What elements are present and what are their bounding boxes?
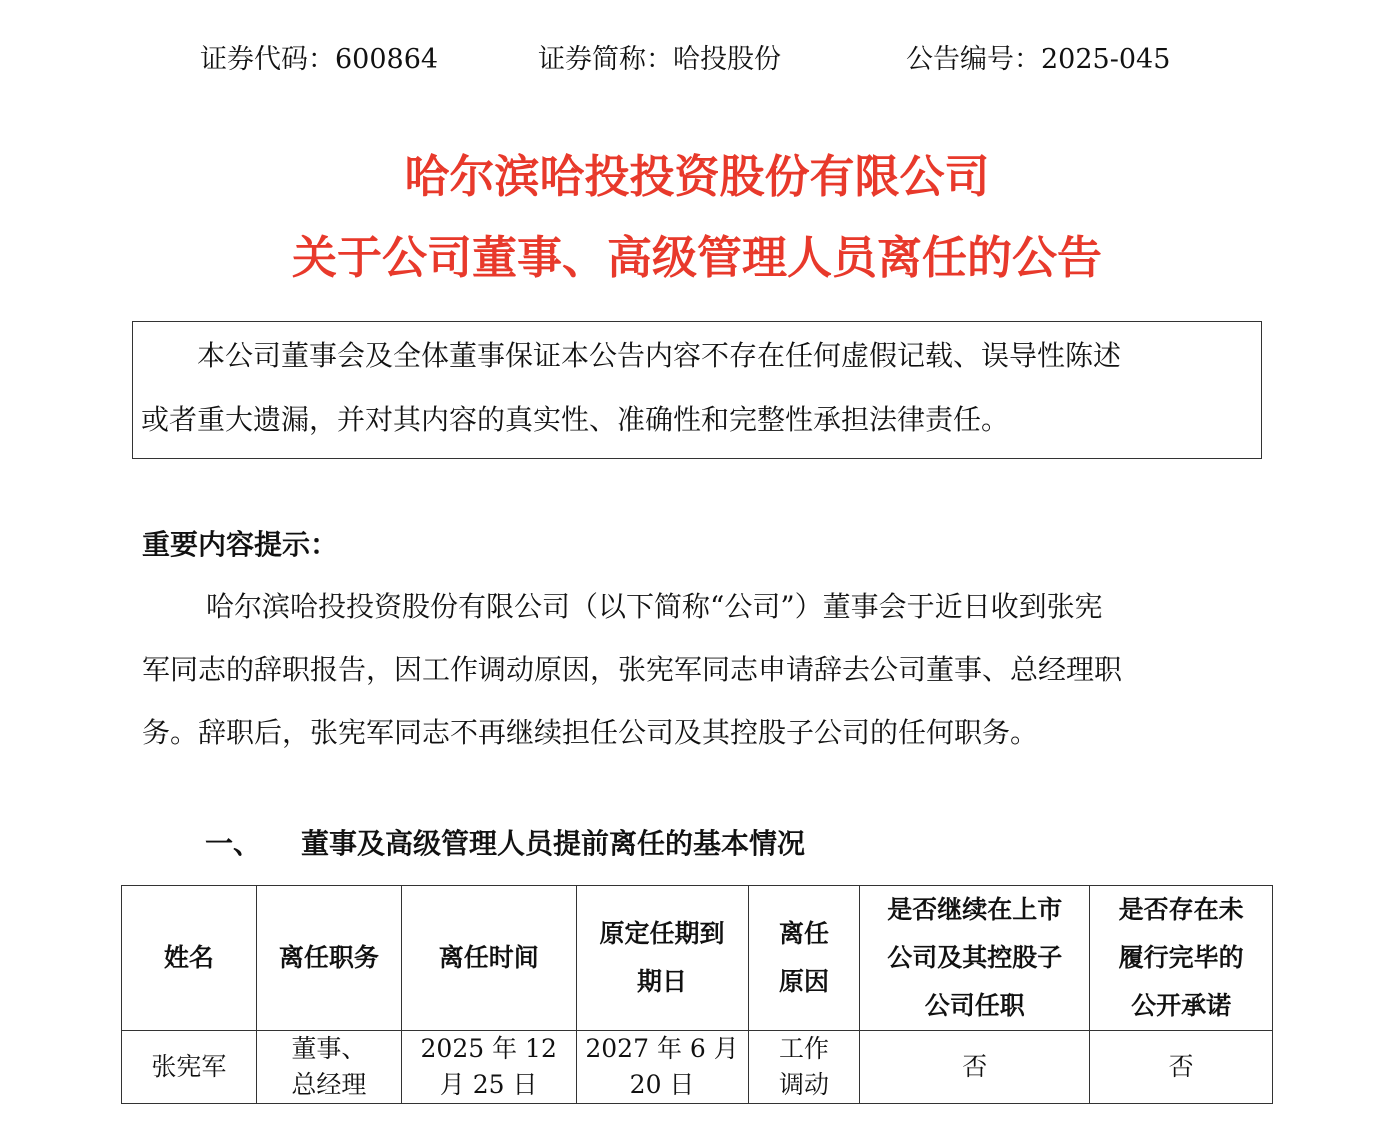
cell-text: 否 xyxy=(864,1049,1085,1085)
header-commitment: 是否存在未 履行完毕的 公开承诺 xyxy=(1090,886,1273,1031)
guarantee-line-1: 本公司董事会及全体董事保证本公告内容不存在任何虚假记载、误导性陈述 xyxy=(141,324,1261,388)
header-text: 公开承诺 xyxy=(1094,982,1268,1030)
cell-text: 否 xyxy=(1094,1049,1268,1085)
cell-leave-date: 2025 年 12 月 25 日 xyxy=(401,1031,576,1104)
highlights-heading: 重要内容提示： xyxy=(142,513,1262,577)
board-guarantee-box: 本公司董事会及全体董事保证本公告内容不存在任何虚假记载、误导性陈述 或者重大遗漏… xyxy=(132,321,1262,459)
cell-text: 张宪军 xyxy=(126,1049,252,1085)
header-text: 是否继续在上市 xyxy=(864,886,1085,934)
header-text: 离任时间 xyxy=(406,934,572,982)
header-text: 公司任职 xyxy=(864,982,1085,1030)
cell-reason: 工作 调动 xyxy=(748,1031,860,1104)
header-leave-date: 离任时间 xyxy=(401,886,576,1031)
cell-text: 总经理 xyxy=(261,1067,397,1103)
cell-text: 2025 年 12 xyxy=(406,1031,572,1067)
header-text: 原定任期到 xyxy=(581,910,744,958)
section-number: 一、 xyxy=(205,822,301,862)
header-reason: 离任 原因 xyxy=(748,886,860,1031)
cell-position: 董事、 总经理 xyxy=(256,1031,401,1104)
header-term-end: 原定任期到 期日 xyxy=(576,886,748,1031)
announcement-title: 关于公司董事、高级管理人员离任的公告 xyxy=(0,221,1380,286)
cell-name: 张宪军 xyxy=(122,1031,257,1104)
header-continue-role: 是否继续在上市 公司及其控股子 公司任职 xyxy=(860,886,1090,1031)
header-text: 期日 xyxy=(581,958,744,1006)
header-name: 姓名 xyxy=(122,886,257,1031)
cell-term-end: 2027 年 6 月 20 日 xyxy=(576,1031,748,1104)
highlights-line-2: 军同志的辞职报告，因工作调动原因，张宪军同志申请辞去公司董事、总经理职 xyxy=(142,638,1262,702)
highlights-line-3: 务。辞职后，张宪军同志不再继续担任公司及其控股子公司的任何职务。 xyxy=(142,701,1262,765)
announcement-number: 公告编号：2025-045 xyxy=(906,38,1170,82)
header-text: 离任 xyxy=(753,910,856,958)
header-text: 公司及其控股子 xyxy=(864,934,1085,982)
cell-text: 2027 年 6 月 xyxy=(581,1031,744,1067)
cell-text: 月 25 日 xyxy=(406,1067,572,1103)
company-title: 哈尔滨哈投投资股份有限公司 xyxy=(0,140,1380,205)
section-title: 董事及高级管理人员提前离任的基本情况 xyxy=(301,827,805,860)
guarantee-line-2: 或者重大遗漏，并对其内容的真实性、准确性和完整性承担法律责任。 xyxy=(141,388,1261,452)
table-header-row: 姓名 离任职务 离任时间 原定任期到 期日 离任 原因 是否继续在上市 公司及其… xyxy=(122,886,1273,1031)
header-text: 是否存在未 xyxy=(1094,886,1268,934)
cell-text: 董事、 xyxy=(261,1031,397,1067)
header-text: 离任职务 xyxy=(261,934,397,982)
stock-code: 证券代码：600864 xyxy=(200,38,438,82)
stock-abbreviation: 证券简称：哈投股份 xyxy=(538,38,781,82)
highlights-line-1: 哈尔滨哈投投资股份有限公司（以下简称“公司”）董事会于近日收到张宪 xyxy=(142,575,1262,639)
table-row: 张宪军 董事、 总经理 2025 年 12 月 25 日 2027 年 6 月 … xyxy=(122,1031,1273,1104)
cell-commitment: 否 xyxy=(1090,1031,1273,1104)
cell-text: 调动 xyxy=(753,1067,856,1103)
departure-info-table: 姓名 离任职务 离任时间 原定任期到 期日 离任 原因 是否继续在上市 公司及其… xyxy=(121,885,1273,1104)
header-text: 姓名 xyxy=(126,934,252,982)
header-position: 离任职务 xyxy=(256,886,401,1031)
header-text: 履行完毕的 xyxy=(1094,934,1268,982)
cell-text: 工作 xyxy=(753,1031,856,1067)
cell-text: 20 日 xyxy=(581,1067,744,1103)
cell-continue-role: 否 xyxy=(860,1031,1090,1104)
section-heading-1: 一、董事及高级管理人员提前离任的基本情况 xyxy=(205,822,805,862)
header-text: 原因 xyxy=(753,958,856,1006)
